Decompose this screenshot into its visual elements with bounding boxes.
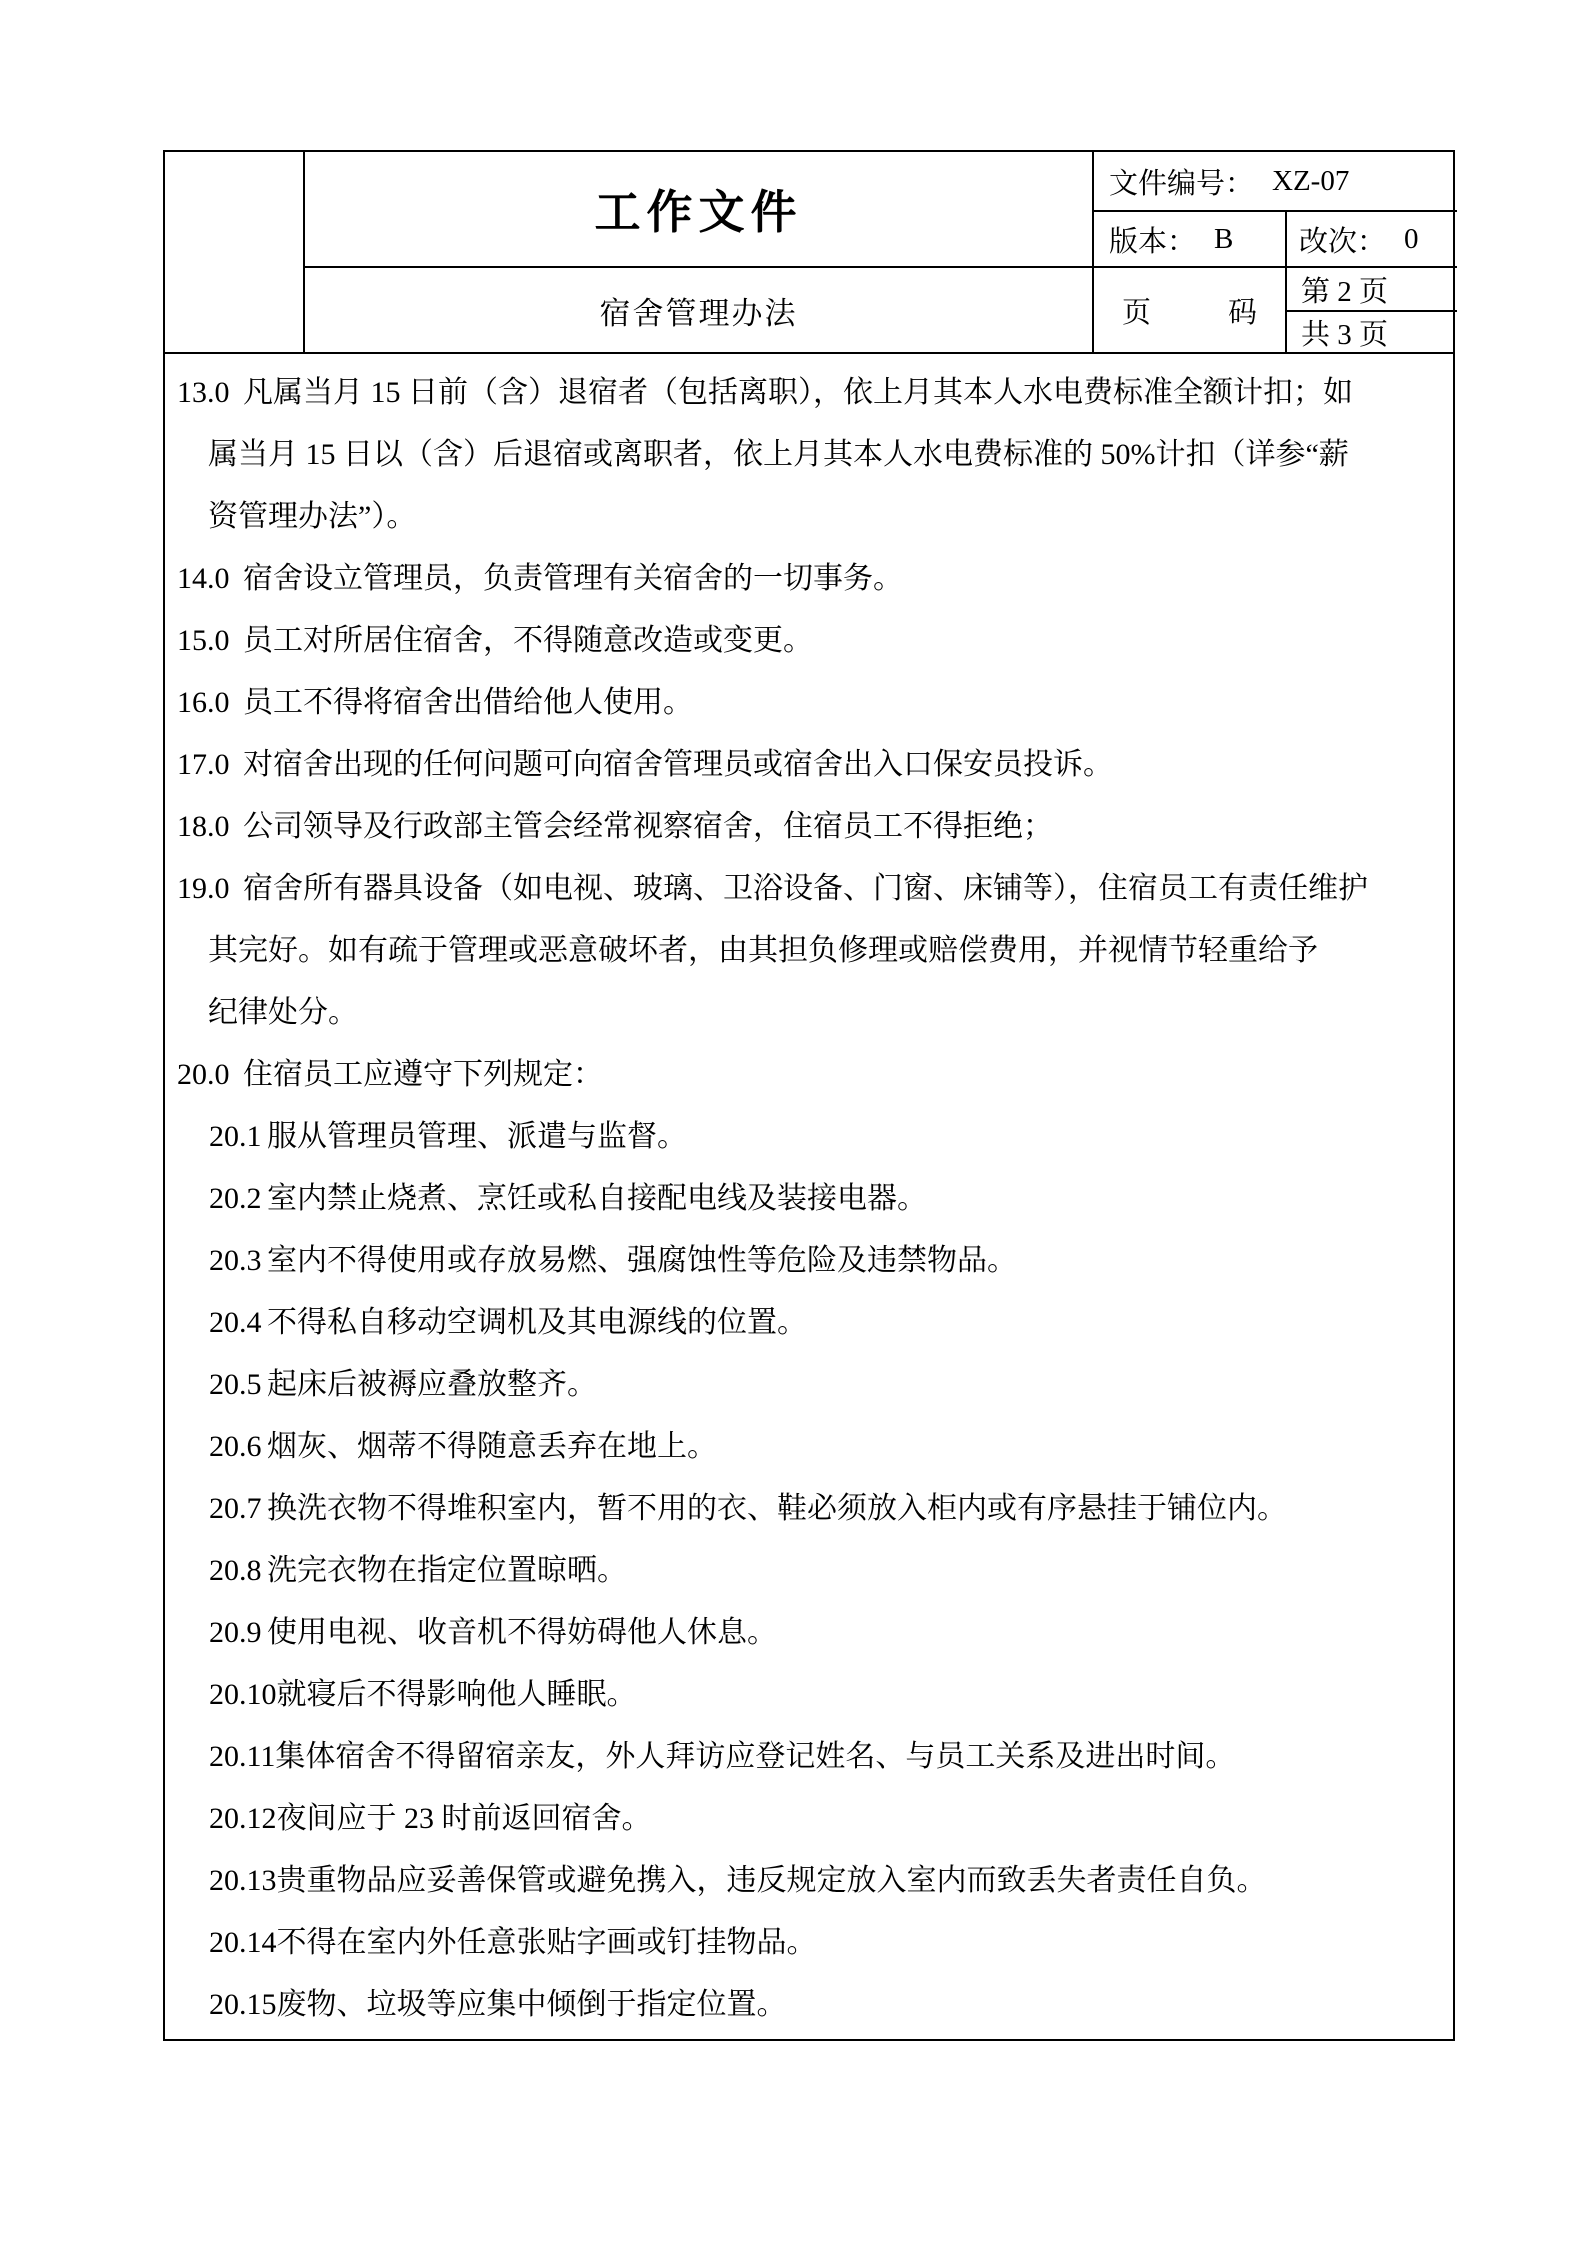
clause-text: 换洗衣物不得堆积室内，暂不用的衣、鞋必须放入柜内或有序悬挂于铺位内。 [267,1492,1287,1525]
clause-line: 15.0员工对所居住宿舍，不得随意改造或变更。 [177,610,1445,672]
clause-line: 19.0宿舍所有器具设备（如电视、玻璃、卫浴设备、门窗、床铺等），住宿员工有责任… [177,858,1445,920]
document-title: 工作文件 [305,152,1092,266]
clause-line: 20.9使用电视、收音机不得妨碍他人休息。 [177,1602,1445,1664]
clause-text: 员工对所居住宿舍，不得随意改造或变更。 [243,624,813,657]
revision-label: 改次： [1299,219,1386,260]
clause-line: 资管理办法”）。 [177,486,1445,548]
clause-number: 16.0 [177,672,243,734]
clause-text: 集体宿舍不得留宿亲友，外人拜访应登记姓名、与员工关系及进出时间。 [275,1740,1235,1773]
clause-number: 18.0 [177,796,243,858]
clause-line: 20.15废物、垃圾等应集中倾倒于指定位置。 [177,1974,1445,2036]
clause-number: 20.0 [177,1044,243,1106]
clause-text: 使用电视、收音机不得妨碍他人休息。 [267,1616,777,1649]
clause-number: 14.0 [177,548,243,610]
clause-line: 20.6烟灰、烟蒂不得随意丢弃在地上。 [177,1416,1445,1478]
clause-text: 其完好。如有疏于管理或恶意破坏者，由其担负修理或赔偿费用，并视情节轻重给予 [208,934,1318,967]
clause-text: 夜间应于 23 时前返回宿舍。 [277,1802,652,1835]
clause-number: 20.13 [209,1850,277,1912]
page-number-label-cell: 页 码 [1092,266,1285,352]
document-page: 工作文件 文件编号： XZ-07 版本： B 改次： 0 宿舍管理办法 页 码 … [0,0,1587,2245]
clause-line: 20.0住宿员工应遵守下列规定： [177,1044,1445,1106]
clause-number: 20.1 [209,1106,267,1168]
document-subtitle: 宿舍管理办法 [305,266,1092,352]
clause-number: 19.0 [177,858,243,920]
clause-number: 20.2 [209,1168,267,1230]
clause-line: 属当月 15 日以（含）后退宿或离职者，依上月其本人水电费标准的 50%计扣（详… [177,424,1445,486]
clause-line: 20.2室内禁止烧煮、烹饪或私自接配电线及装接电器。 [177,1168,1445,1230]
clause-line: 20.12夜间应于 23 时前返回宿舍。 [177,1788,1445,1850]
clause-text: 室内不得使用或存放易燃、强腐蚀性等危险及违禁物品。 [267,1244,1017,1277]
version-value: B [1214,223,1233,256]
clause-text: 不得私自移动空调机及其电源线的位置。 [267,1306,807,1339]
clause-text: 室内禁止烧煮、烹饪或私自接配电线及装接电器。 [267,1182,927,1215]
clause-text: 公司领导及行政部主管会经常视察宿舍，住宿员工不得拒绝； [243,810,1053,843]
clause-line: 20.5起床后被褥应叠放整齐。 [177,1354,1445,1416]
clause-number: 17.0 [177,734,243,796]
clause-line: 13.0凡属当月 15 日前（含）退宿者（包括离职），依上月其本人水电费标准全额… [177,362,1445,424]
clause-line: 20.4不得私自移动空调机及其电源线的位置。 [177,1292,1445,1354]
clause-line: 20.13贵重物品应妥善保管或避免携入，违反规定放入室内而致丢失者责任自负。 [177,1850,1445,1912]
clause-number: 20.4 [209,1292,267,1354]
clause-text: 宿舍所有器具设备（如电视、玻璃、卫浴设备、门窗、床铺等），住宿员工有责任维护 [243,872,1368,905]
clause-number: 20.11 [209,1726,275,1788]
clause-number: 15.0 [177,610,243,672]
version-label: 版本： [1109,219,1196,260]
clause-text: 住宿员工应遵守下列规定： [243,1058,603,1091]
page-current-cell: 第 2 页 [1285,266,1457,310]
doc-number-label: 文件编号： [1109,161,1254,202]
version-cell: 版本： B [1092,210,1285,266]
logo-cell [165,152,305,352]
clause-text: 宿舍设立管理员，负责管理有关宿舍的一切事务。 [243,562,903,595]
clause-number: 20.8 [209,1540,267,1602]
clause-text: 起床后被褥应叠放整齐。 [267,1368,597,1401]
page-total-cell: 共 3 页 [1285,310,1457,352]
clause-line: 18.0公司领导及行政部主管会经常视察宿舍，住宿员工不得拒绝； [177,796,1445,858]
clause-text: 凡属当月 15 日前（含）退宿者（包括离职），依上月其本人水电费标准全额计扣；如 [243,376,1353,409]
clause-number: 13.0 [177,362,243,424]
doc-number-cell: 文件编号： XZ-07 [1092,152,1457,210]
clause-text: 就寝后不得影响他人睡眠。 [277,1678,637,1711]
header-table: 工作文件 文件编号： XZ-07 版本： B 改次： 0 宿舍管理办法 页 码 … [163,150,1455,354]
revision-value: 0 [1404,223,1419,256]
clause-text: 对宿舍出现的任何问题可向宿舍管理员或宿舍出入口保安员投诉。 [243,748,1113,781]
clause-number: 20.15 [209,1974,277,2036]
clause-line: 20.7换洗衣物不得堆积室内，暂不用的衣、鞋必须放入柜内或有序悬挂于铺位内。 [177,1478,1445,1540]
clause-line: 14.0宿舍设立管理员，负责管理有关宿舍的一切事务。 [177,548,1445,610]
page-label-left: 页 [1122,290,1151,331]
clause-number: 20.10 [209,1664,277,1726]
clause-line: 20.8洗完衣物在指定位置晾晒。 [177,1540,1445,1602]
clause-text: 洗完衣物在指定位置晾晒。 [267,1554,627,1587]
clause-line: 17.0对宿舍出现的任何问题可向宿舍管理员或宿舍出入口保安员投诉。 [177,734,1445,796]
clause-text: 属当月 15 日以（含）后退宿或离职者，依上月其本人水电费标准的 50%计扣（详… [208,438,1349,471]
clause-line: 纪律处分。 [177,982,1445,1044]
clause-text: 烟灰、烟蒂不得随意丢弃在地上。 [267,1430,717,1463]
clause-text: 服从管理员管理、派遣与监督。 [267,1120,687,1153]
document-body: 13.0凡属当月 15 日前（含）退宿者（包括离职），依上月其本人水电费标准全额… [163,354,1455,2041]
revision-cell: 改次： 0 [1285,210,1457,266]
clause-number: 20.9 [209,1602,267,1664]
clause-line: 20.10就寝后不得影响他人睡眠。 [177,1664,1445,1726]
clause-text: 不得在室内外任意张贴字画或钉挂物品。 [277,1926,817,1959]
clause-text: 纪律处分。 [208,996,358,1029]
doc-number-value: XZ-07 [1272,165,1349,198]
clause-number: 20.14 [209,1912,277,1974]
document-frame: 工作文件 文件编号： XZ-07 版本： B 改次： 0 宿舍管理办法 页 码 … [163,150,1455,2041]
clause-line: 16.0员工不得将宿舍出借给他人使用。 [177,672,1445,734]
clause-number: 20.3 [209,1230,267,1292]
clause-text: 贵重物品应妥善保管或避免携入，违反规定放入室内而致丢失者责任自负。 [277,1864,1267,1897]
clause-number: 20.7 [209,1478,267,1540]
page-label-right: 码 [1228,290,1257,331]
clause-text: 员工不得将宿舍出借给他人使用。 [243,686,693,719]
clause-text: 废物、垃圾等应集中倾倒于指定位置。 [277,1988,787,2021]
clause-number: 20.6 [209,1416,267,1478]
clause-line: 20.11集体宿舍不得留宿亲友，外人拜访应登记姓名、与员工关系及进出时间。 [177,1726,1445,1788]
clause-text: 资管理办法”）。 [208,500,416,533]
clause-line: 20.3室内不得使用或存放易燃、强腐蚀性等危险及违禁物品。 [177,1230,1445,1292]
clause-line: 其完好。如有疏于管理或恶意破坏者，由其担负修理或赔偿费用，并视情节轻重给予 [177,920,1445,982]
clause-line: 20.1服从管理员管理、派遣与监督。 [177,1106,1445,1168]
clause-number: 20.5 [209,1354,267,1416]
clause-line: 20.14不得在室内外任意张贴字画或钉挂物品。 [177,1912,1445,1974]
clause-number: 20.12 [209,1788,277,1850]
